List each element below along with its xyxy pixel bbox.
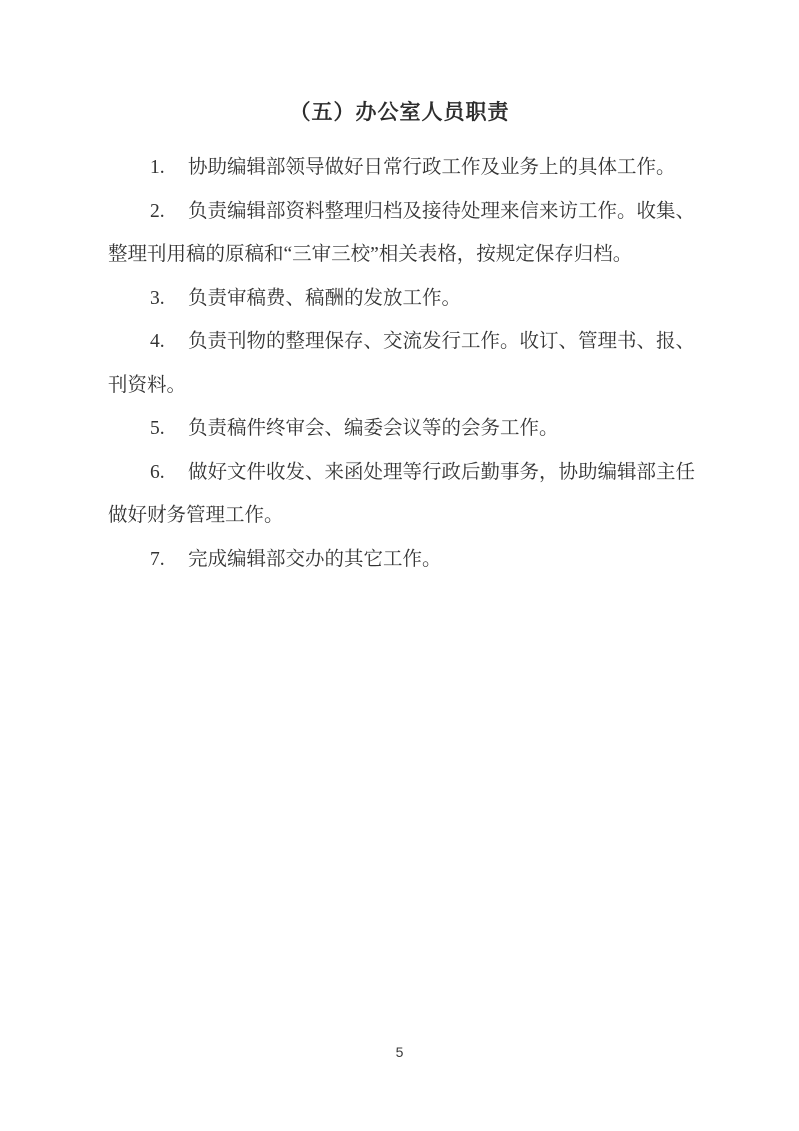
list-item-7: 7.完成编辑部交办的其它工作。 <box>108 538 700 582</box>
item-text: 完成编辑部交办的其它工作。 <box>188 549 442 570</box>
list-item-4: 4.负责刊物的整理保存、交流发行工作。收订、管理书、报、 <box>108 320 700 364</box>
item-number: 1. <box>150 146 188 190</box>
item-number: 2. <box>150 190 188 234</box>
item-text: 协助编辑部领导做好日常行政工作及业务上的具体工作。 <box>188 157 676 178</box>
item-text: 负责审稿费、稿酬的发放工作。 <box>188 288 461 309</box>
list-item-3: 3.负责审稿费、稿酬的发放工作。 <box>108 277 700 321</box>
document-body: 1.协助编辑部领导做好日常行政工作及业务上的具体工作。 2.负责编辑部资料整理归… <box>108 146 700 581</box>
list-item-6-continuation: 做好财务管理工作。 <box>108 494 700 538</box>
list-item-2-continuation: 整理刊用稿的原稿和“三审三校”相关表格，按规定保存归档。 <box>108 233 700 277</box>
document-page: （五）办公室人员职责 1.协助编辑部领导做好日常行政工作及业务上的具体工作。 2… <box>0 0 799 1131</box>
item-number: 6. <box>150 451 188 495</box>
item-number: 3. <box>150 277 188 321</box>
list-item-6: 6.做好文件收发、来函处理等行政后勤事务，协助编辑部主任 <box>108 451 700 495</box>
page-number: 5 <box>0 1042 799 1062</box>
item-text: 负责刊物的整理保存、交流发行工作。收订、管理书、报、 <box>188 331 695 352</box>
item-number: 4. <box>150 320 188 364</box>
list-item-5: 5.负责稿件终审会、编委会议等的会务工作。 <box>108 407 700 451</box>
section-title: （五）办公室人员职责 <box>0 0 799 128</box>
item-text: 负责编辑部资料整理归档及接待处理来信来访工作。收集、 <box>188 201 695 222</box>
item-text: 负责稿件终审会、编委会议等的会务工作。 <box>188 418 559 439</box>
list-item-4-continuation: 刊资料。 <box>108 364 700 408</box>
list-item-1: 1.协助编辑部领导做好日常行政工作及业务上的具体工作。 <box>108 146 700 190</box>
item-text: 做好文件收发、来函处理等行政后勤事务，协助编辑部主任 <box>188 462 695 483</box>
list-item-2: 2.负责编辑部资料整理归档及接待处理来信来访工作。收集、 <box>108 190 700 234</box>
item-number: 7. <box>150 538 188 582</box>
item-number: 5. <box>150 407 188 451</box>
